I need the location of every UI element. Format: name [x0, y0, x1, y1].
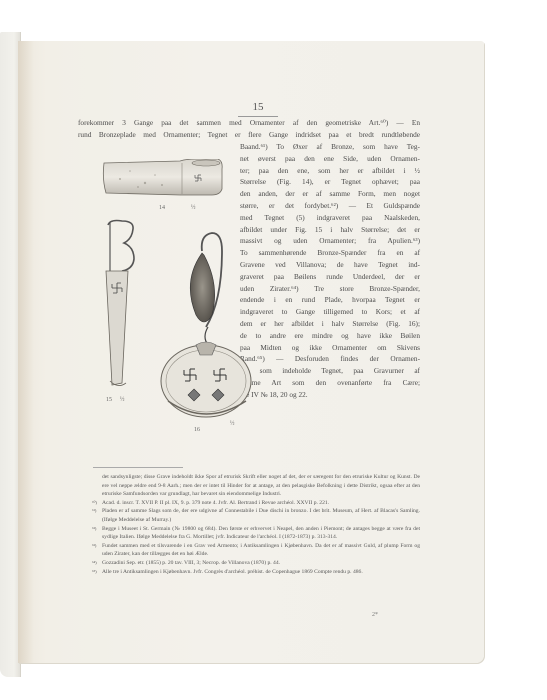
column-line: uden Zirater.⁶⁴) Tre store Bronze-Spænde… — [240, 283, 420, 295]
footnote-text: Fundet sammen med et tilsvarende i en Gr… — [102, 543, 420, 558]
footnote-mark: ⁶¹) — [92, 507, 96, 516]
fibula-illustration-icon — [160, 231, 258, 421]
figures-panel: 14 ½ 15 ½ — [78, 151, 238, 431]
column-line: paa Midten og ikke Ornamenter om Skivens — [240, 342, 420, 354]
column-line: ter, som indeholde Tegnet, paa Gravurner… — [240, 365, 420, 377]
column-line: dem er her afbildet i halv Størrelse (Fi… — [240, 318, 420, 330]
column-line: den anden, der er af samme Form, men nog… — [240, 188, 420, 200]
page-number: 15 — [238, 101, 278, 117]
footnote-mark: ⁶⁴) — [92, 559, 97, 568]
footnote-60: ⁶⁰) Acad. d. inscr. T. XVII P. II pl. IX… — [102, 499, 420, 508]
fig-14-label: 14 — [159, 205, 165, 211]
brooch-illustration-icon — [100, 219, 144, 389]
column-line: ter; paa den ene, som her er afbildet i … — [240, 165, 420, 177]
footnote-mark: ⁶⁰) — [92, 499, 97, 508]
footnote-continuation: det sandsynligste; disse Grave indeholdt… — [102, 473, 420, 499]
column-line: net øverst paa den ene Side, uden Orname… — [240, 153, 420, 165]
footnote-mark: ⁶³) — [92, 542, 96, 551]
footnotes: det sandsynligste; disse Grave indeholdt… — [102, 473, 420, 576]
footnote-64: ⁶⁴) Gozzadini Sep. etr. (1855) p. 20 tav… — [102, 559, 420, 568]
footnote-text: Pladen er af samme Slags som de, der ere… — [102, 508, 420, 523]
footnote-65: ⁶⁵) Alle tre i Antiksamlingen i Kjøbenha… — [102, 568, 420, 577]
footnote-text: Acad. d. inscr. T. XVII P. II pl. IX, 9.… — [102, 500, 329, 506]
column-line: med Tegnet (5) indgraveret paa Naalskede… — [240, 212, 420, 224]
body-line-2: rund Bronzeplade med Ornamenter; Tegnet … — [78, 129, 420, 141]
column-line: de to andre ere mindre og have ikke Bøil… — [240, 330, 420, 342]
footnote-mark: ⁶⁵) — [92, 568, 97, 577]
axe-illustration-icon — [100, 159, 224, 199]
fig-16-label: 16 — [194, 427, 200, 433]
fig-15-scale: ½ — [120, 397, 125, 403]
footnote-text: Begge i Museet i St. Germain (№ 19800 og… — [102, 526, 420, 541]
column-line: To sammenhørende Bronze-Spænder fra en a… — [240, 247, 420, 259]
footnote-61: ⁶¹) Pladen er af samme Slags som de, der… — [102, 507, 420, 524]
body-column: Baand.⁶¹) To Øxer af Bronze, som have Te… — [240, 141, 420, 401]
column-line: graveret paa Bøilens runde Underdeel, de… — [240, 271, 420, 283]
column-line: endende i en rund Plade, hvorpaa Tegnet … — [240, 294, 420, 306]
column-line: indgraveret to Gange tilligemed to Kors;… — [240, 306, 420, 318]
fig-14-scale: ½ — [191, 205, 196, 211]
column-line: Størrelse (Fig. 14), er Tegnet ophævet; … — [240, 176, 420, 188]
column-line: see IV № 18, 20 og 22. — [240, 389, 420, 401]
signature-mark: 2* — [372, 612, 378, 618]
footnote-mark: ⁶²) — [92, 525, 96, 534]
footnote-62: ⁶²) Begge i Museet i St. Germain (№ 1980… — [102, 525, 420, 542]
footnote-text: Gozzadini Sep. etr. (1855) p. 20 tav. VI… — [102, 560, 280, 566]
fig-16-scale: ½ — [230, 421, 235, 427]
column-line: Baand.⁶¹) To Øxer af Bronze, som have Te… — [240, 141, 420, 153]
column-line: større, er det fordybet.⁶²) — Et Guldspæ… — [240, 200, 420, 212]
footnote-text: det sandsynligste; disse Grave indeholdt… — [102, 474, 420, 497]
column-line: massivt og uden Ornamenter; fra Apulien.… — [240, 235, 420, 247]
column-line: samme Art som den ovenanførte fra Cære; — [240, 377, 420, 389]
body-line-1: forekommer 3 Gange paa det sammen med Or… — [78, 117, 420, 129]
footnote-63: ⁶³) Fundet sammen med et tilsvarende i e… — [102, 542, 420, 559]
column-line: afbildet under Fig. 15 i halv Størrelse;… — [240, 224, 420, 236]
column-line: Gravene ved Villanova; de have Tegnet in… — [240, 259, 420, 271]
fig-15-label: 15 — [106, 397, 112, 403]
book-page: 15 forekommer 3 Gange paa det sammen med… — [18, 41, 484, 663]
gutter-shadow — [18, 41, 34, 663]
footnote-divider — [93, 467, 183, 468]
column-line: Rand.⁶⁵) — Desforuden findes der Ornamen… — [240, 353, 420, 365]
footnote-text: Alle tre i Antiksamlingen i Kjøbenhavn. … — [102, 569, 363, 575]
